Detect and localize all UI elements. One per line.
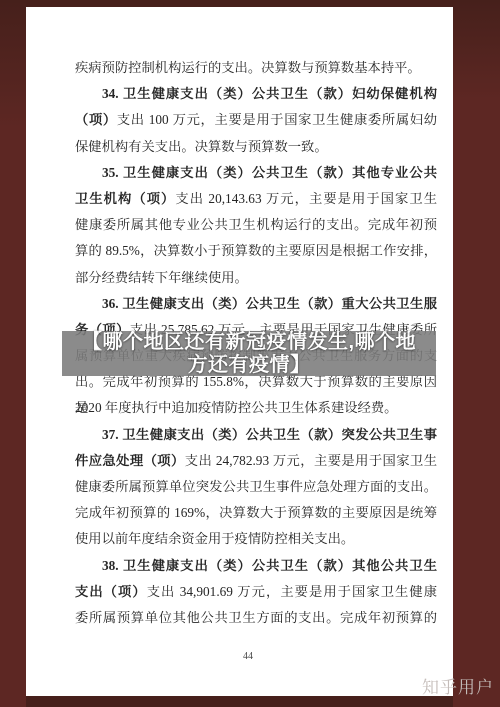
frame-right-bar [453,0,500,707]
document-line: 37. 卫生健康支出（类）公共卫生（款）突发公共卫生事 [75,422,437,448]
document-line: 疾病预防控制机构运行的支出。决算数与预算数基本持平。 [75,55,437,81]
document-line: 部分经费结转下年继续使用。 [75,265,437,291]
overlay-title-line2: 方还有疫情】 [188,354,311,377]
document-line: 38. 卫生健康支出（类）公共卫生（款）其他公共卫生 [75,553,437,579]
document-line: 算的 89.5%，决算数小于预算数的主要原因是根据工作安排， [75,238,437,264]
document-line: 卫生机构（项）支出 20,143.63 万元，主要是用于国家卫生 [75,186,437,212]
overlay-title-line1: 【哪个地区还有新冠疫情发生,哪个地 [82,331,416,354]
document-line: 支出（项）支出 34,901.69 万元，主要是用于国家卫生健康 [75,579,437,605]
document-line: 36. 卫生健康支出（类）公共卫生（款）重大公共卫生服 [75,291,437,317]
document-line: 完成年初预算的 169%，决算数大于预算数的主要原因是统筹 [75,500,437,526]
watermark: 知乎用户 [422,673,494,698]
page-number: 44 [75,651,421,662]
document-line: 委所属预算单位其他公共卫生方面的支出。完成年初预算的 [75,605,437,631]
document-line: （项）支出 100 万元，主要是用于国家卫生健康委所属妇幼 [75,107,437,133]
frame-top-bar [0,0,500,7]
overlay-banner: 【哪个地区还有新冠疫情发生,哪个地 方还有疫情】 [62,331,436,376]
document-line: 保健机构有关支出。决算数与预算数一致。 [75,134,437,160]
document-line: 件应急处理（项）支出 24,782.93 万元，主要是用于国家卫生 [75,448,437,474]
document-line: 35. 卫生健康支出（类）公共卫生（款）其他专业公共 [75,160,437,186]
frame-left-bar [0,0,26,707]
document-line: 34. 卫生健康支出（类）公共卫生（款）妇幼保健机构 [75,81,437,107]
document-line: 2020 年度执行中追加疫情防控公共卫生体系建设经费。 [75,395,437,421]
document-line: 健康委所属其他专业公共卫生机构运行的支出。完成年初预 [75,212,437,238]
document-line: 使用以前年度结余资金用于疫情防控相关支出。 [75,526,437,552]
document-line: 健康委所属预算单位突发公共卫生事件应急处理方面的支出。 [75,474,437,500]
